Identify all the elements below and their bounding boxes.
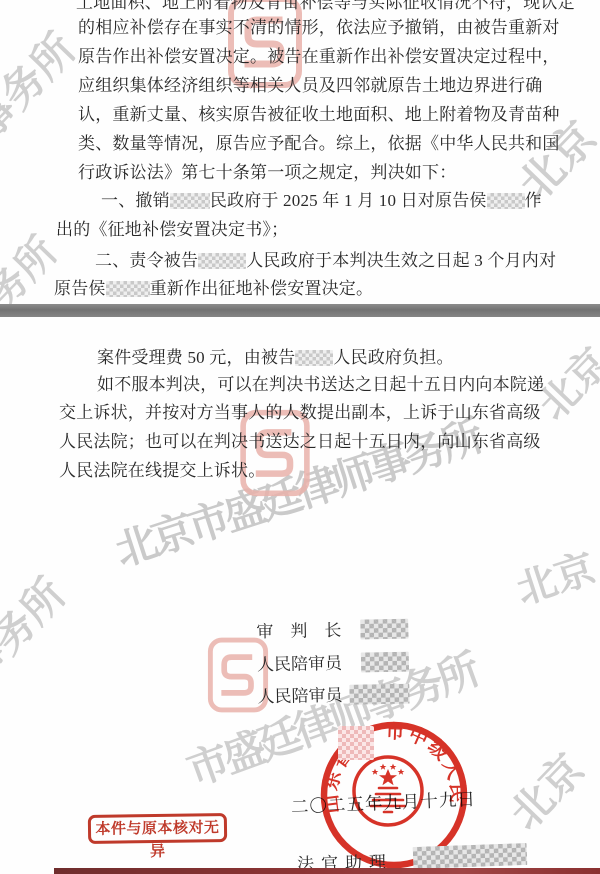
body-line-clipped: 土地面积、地上附着物及青苗补偿等与实际征收情况不符，现认定	[76, 0, 575, 13]
appeal-instructions-line: 交上诉状，并按对方当事人的人数提出副本，上诉于山东省高级	[59, 398, 541, 423]
signature-row: 人民陪审员	[257, 680, 410, 715]
ruling-item-1-cont: 出的《征地补偿安置决定书》；	[56, 215, 288, 240]
assessor-name-redaction	[350, 684, 410, 705]
clerk-name-redaction	[413, 843, 528, 869]
judge-name-redaction	[360, 619, 408, 640]
signature-row: 人民陪审员	[257, 647, 410, 682]
ruling-item-1: 一、撤销民政府于 2025 年 1 月 10 日对原告侯作	[101, 186, 542, 211]
assessor-role-label: 人民陪审员	[257, 648, 349, 675]
bottom-red-strip	[54, 868, 600, 874]
redaction-blur	[295, 350, 333, 366]
assessor-name-redaction	[361, 651, 409, 672]
body-line: 行政诉讼法》第七十条第一项之规定，判决如下：	[78, 158, 560, 187]
ruling-text: 民政府于 2025 年 1 月 10 日对原告侯	[210, 191, 487, 210]
redaction-blur	[106, 281, 150, 297]
judgment-scan-page: 事务所 事务所 事务所 北京 北京 北京 北京 北京市盛廷律师事务所 市盛廷律师…	[0, 0, 600, 874]
ruling-text: 人民政府于本判决生效之日起 3 个月内对	[246, 251, 556, 270]
national-emblem-icon	[354, 757, 422, 825]
firm-watermark-fragment: 事务所	[0, 19, 87, 151]
ruling-text: 作	[525, 191, 542, 210]
ruling-item-2: 二、责令被告人民政府于本判决生效之日起 3 个月内对	[95, 246, 556, 271]
body-line: 的相应补偿存在事实不清的情形，依法应予撤销，由被告重新对	[78, 13, 560, 42]
redaction-blur	[170, 193, 210, 209]
assessor-role-label: 人民陪审员	[257, 681, 349, 708]
body-line: 认，重新丈量、核实原告被征收土地面积、地上附着物及青苗种	[78, 100, 560, 129]
signature-row: 审 判 长	[256, 615, 409, 650]
firm-watermark-fragment: 事务所	[0, 564, 77, 696]
verification-stamp: 本件与原本核对无异	[88, 813, 227, 844]
ruling-text: 原告侯	[54, 279, 106, 298]
ruling-text: 二、责令被告	[95, 251, 198, 270]
body-line: 应组织集体经济组织等相关人员及四邻就原告土地边界进行确	[78, 71, 560, 100]
appeal-instructions-line: 人民法院；也可以在判决书送达之日起十五日内，向山东省高级	[59, 427, 541, 452]
redaction-blur	[198, 253, 246, 269]
ruling-text: 一、撤销	[101, 191, 170, 210]
firm-watermark-fragment: 北京	[494, 739, 596, 841]
appeal-instructions-line: 如不服本判决，可以在判决书送达之日起十五日内向本院递	[97, 370, 544, 395]
judge-role-label: 审 判 长	[256, 616, 348, 643]
page-separator-bar	[0, 304, 600, 317]
seal-city-redaction	[338, 726, 374, 760]
appeal-instructions-line: 人民法院在线提交上诉状。	[59, 456, 265, 481]
fee-text: 人民政府负担。	[333, 348, 453, 367]
signature-block: 审 判 长 人民陪审员 人民陪审员	[256, 615, 410, 715]
judgment-reasoning-paragraph: 的相应补偿存在事实不清的情形，依法应予撤销，由被告重新对 原告作出补偿安置决定。…	[78, 13, 560, 187]
redaction-blur	[487, 193, 525, 209]
fee-text: 案件受理费 50 元，由被告	[97, 348, 295, 367]
body-line: 类、数量等情况，原告应予配合。综上，依据《中华人民共和国	[78, 129, 560, 158]
court-fee-line: 案件受理费 50 元，由被告人民政府负担。	[97, 343, 454, 368]
body-line: 原告作出补偿安置决定。被告在重新作出补偿安置决定过程中，	[78, 42, 560, 71]
ruling-item-2-cont: 原告侯重新作出征地补偿安置决定。	[54, 274, 373, 299]
ruling-text: 重新作出征地补偿安置决定。	[150, 279, 374, 298]
firm-watermark-fragment: 北京	[508, 537, 600, 616]
